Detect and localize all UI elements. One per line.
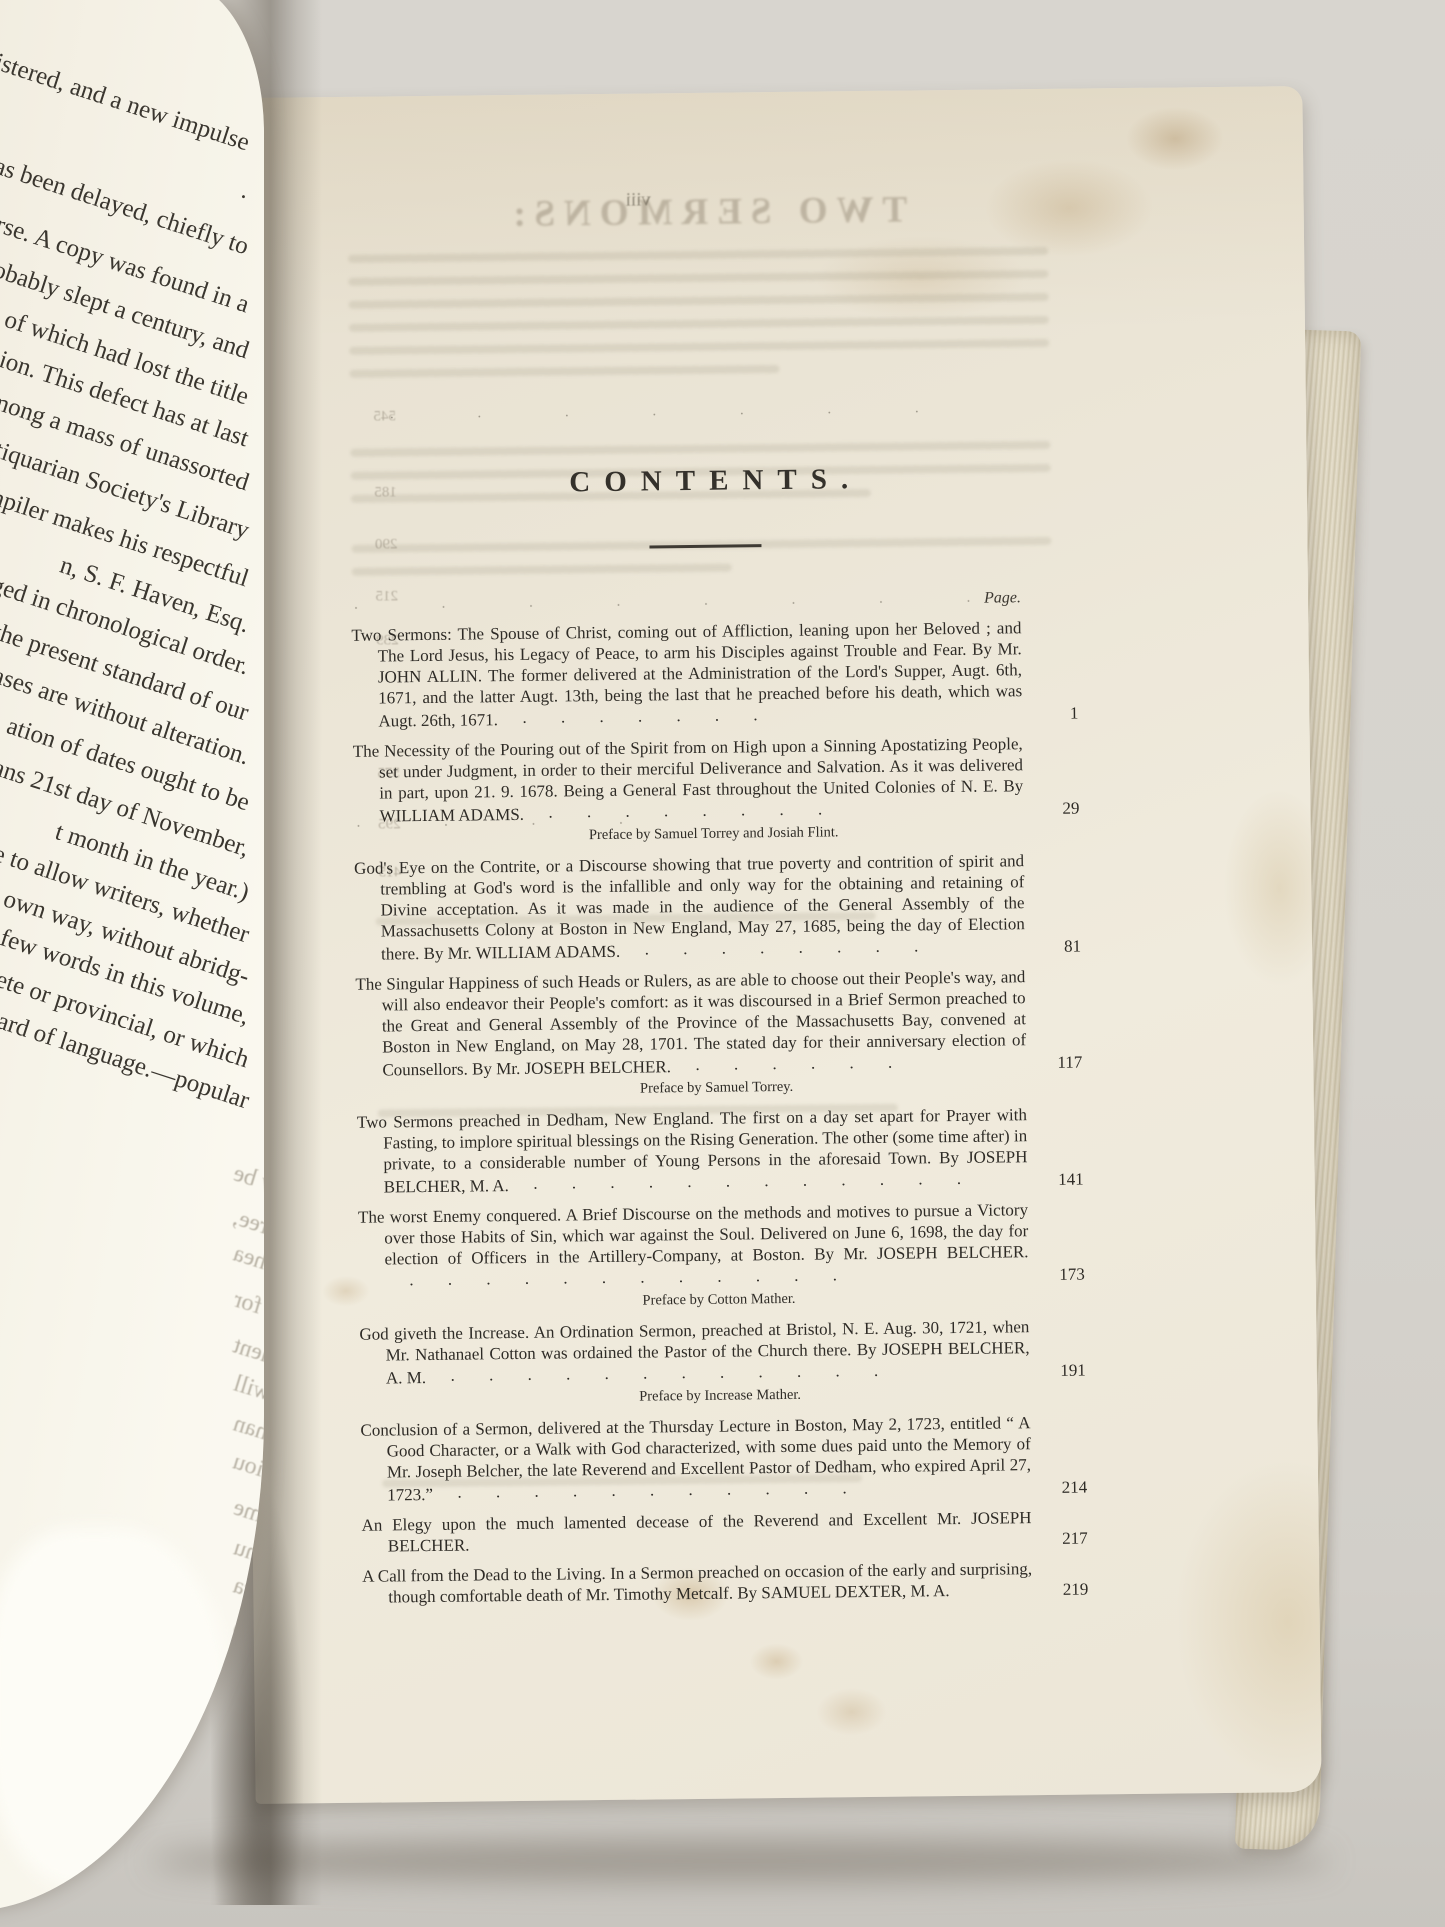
left-page: egistered, and a new impulse . e has bee… [0, 0, 264, 1912]
contents-list: Two Sermons: The Spouse of Christ, comin… [351, 617, 1082, 1617]
entry-page-number: 141 [1034, 1169, 1084, 1191]
show-through-line [348, 270, 1048, 286]
show-through-line [349, 316, 1049, 332]
dot-leader: . . . . . . . . . . . . [433, 1477, 847, 1503]
entry-text-block: The worst Enemy conquered. A Brief Disco… [358, 1199, 1079, 1293]
contents-entry: The Necessity of the Pouring out of the … [353, 733, 1074, 849]
contents-entry: God giveth the Increase. An Ordination S… [359, 1316, 1080, 1411]
entry-page-number: 1 [1028, 703, 1078, 725]
entry-text-block: Two Sermons preached in Dedham, New Engl… [357, 1104, 1078, 1198]
book-photo: TWO SERMONS: viii . . . . . . . . . . . … [0, 0, 1445, 1927]
dot-leader: . . . . . . . . . . . . . [426, 1360, 878, 1386]
show-through-line [349, 293, 1049, 309]
show-through-line [349, 365, 779, 378]
entry-text-block: God's Eye on the Contrite, or a Discours… [354, 850, 1075, 965]
book-drop-shadow [150, 1840, 1330, 1882]
contents-entry: Two Sermons preached in Dedham, New Engl… [357, 1104, 1078, 1198]
contents-entry: The Singular Happiness of such Heads or … [355, 966, 1076, 1103]
show-through-line [348, 247, 1048, 263]
show-through-margin-number: 215 [354, 588, 398, 605]
page-curl-highlight [0, 1528, 228, 1888]
show-through-line [349, 339, 1049, 355]
right-page-surface: TWO SERMONS: viii . . . . . . . . . . . … [236, 86, 1321, 1804]
show-through-dot-leader: . . . . . . . . . . . . . . . . . [354, 589, 1054, 614]
contents-entry: A Call from the Dead to the Living. In a… [362, 1558, 1082, 1608]
show-through-margin-number: 290 [353, 536, 397, 553]
contents-entry: An Elegy upon the much lamented decease … [361, 1507, 1081, 1557]
contents-heading: CONTENTS. [351, 461, 1067, 502]
entry-page-number: 117 [1032, 1052, 1082, 1074]
entry-text-block: Two Sermons: The Spouse of Christ, comin… [351, 617, 1072, 732]
page-column-label: Page. [984, 589, 1021, 607]
show-through-dot-leader: . . . . . . . . . . . . . . . . . [390, 400, 950, 423]
entry-text-block: The Singular Happiness of such Heads or … [355, 966, 1076, 1081]
dot-leader: . . . . . . . . [498, 704, 758, 728]
entry-text: A Call from the Dead to the Living. In a… [362, 1559, 1032, 1606]
entry-text-block: The Necessity of the Pouring out of the … [353, 733, 1074, 827]
contents-entry: God's Eye on the Contrite, or a Discours… [354, 850, 1075, 965]
right-page: TWO SERMONS: viii . . . . . . . . . . . … [236, 86, 1321, 1804]
show-through-margin-number: 545 [352, 408, 396, 425]
entry-page-number: 214 [1037, 1477, 1087, 1499]
dot-leader: . . . . . . . . . [524, 799, 822, 823]
entry-page-number: 173 [1035, 1264, 1085, 1286]
show-through-line [352, 564, 732, 576]
dot-leader: . . . . . . . . . . . . . [509, 1168, 961, 1194]
left-page-line: egistered, and a new impulse [0, 41, 252, 157]
entry-page-number: 219 [1038, 1579, 1088, 1601]
entry-page-number: 191 [1036, 1360, 1086, 1382]
entry-text-block: Conclusion of a Sermon, delivered at the… [360, 1412, 1081, 1506]
dot-leader: . . . . . . . . . [620, 935, 918, 959]
entry-text: The worst Enemy conquered. A Brief Disco… [358, 1200, 1029, 1268]
entry-page-number: 29 [1029, 798, 1079, 820]
show-through-title: TWO SERMONS: [347, 187, 1063, 238]
show-through-page-number: viii [625, 189, 651, 211]
entry-text-block: God giveth the Increase. An Ordination S… [359, 1316, 1080, 1389]
entry-text: An Elegy upon the much lamented decease … [361, 1508, 1031, 1555]
entry-text-block: A Call from the Dead to the Living. In a… [362, 1558, 1082, 1608]
contents-entry: Conclusion of a Sermon, delivered at the… [360, 1412, 1081, 1506]
dot-leader: . . . . . . . [671, 1052, 892, 1076]
contents-entry: The worst Enemy conquered. A Brief Disco… [358, 1199, 1079, 1315]
show-through-line [350, 441, 1050, 457]
left-page-line: . [238, 177, 253, 206]
dot-leader: . . . . . . . . . . . . . [385, 1264, 837, 1290]
entry-page-number: 217 [1038, 1528, 1088, 1550]
contents-entry: Two Sermons: The Spouse of Christ, comin… [351, 617, 1072, 732]
entry-text-block: An Elegy upon the much lamented decease … [361, 1507, 1081, 1557]
entry-page-number: 81 [1031, 936, 1081, 958]
